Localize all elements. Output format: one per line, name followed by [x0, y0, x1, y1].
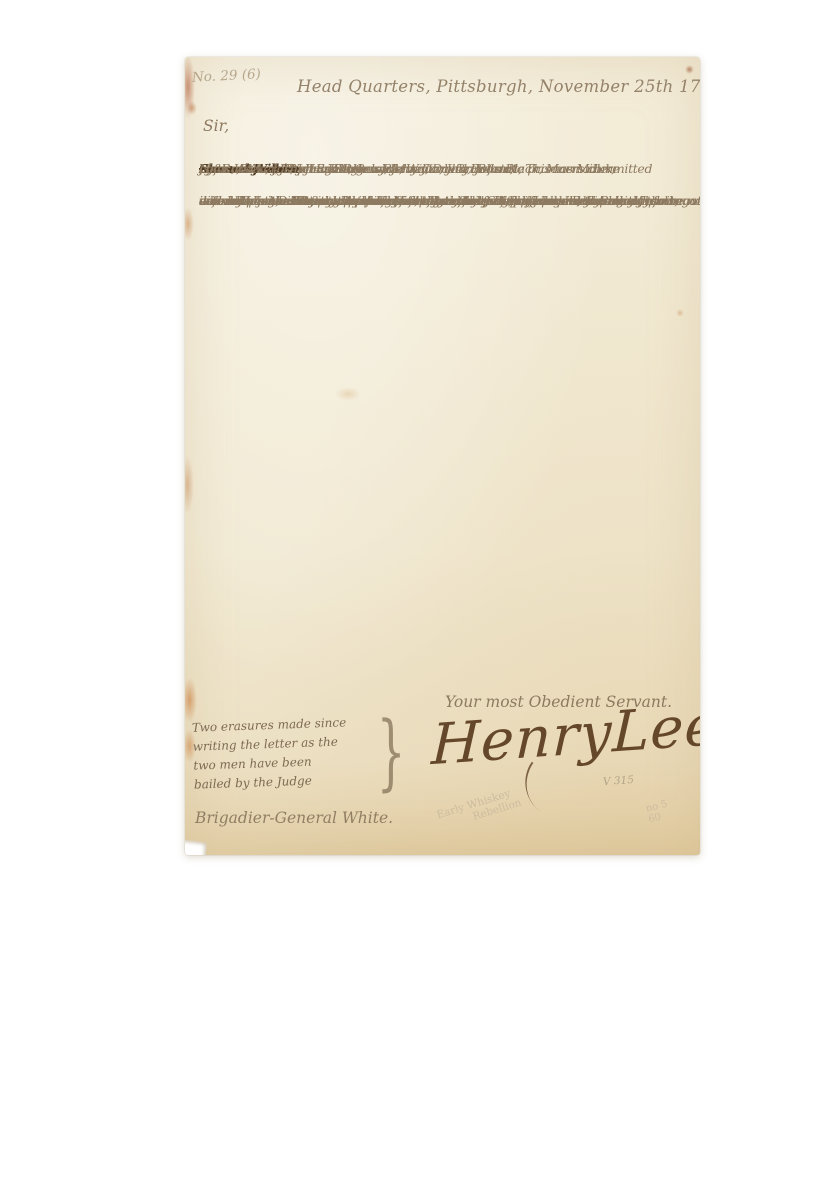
foxing-spot: [187, 101, 197, 115]
salutation: Sir,: [203, 117, 229, 135]
letter-text: Isaac Walker, Thomas Sedgewick, William …: [199, 155, 516, 183]
manuscript-letter-photo: No. 29 (6) Head Quarters, Pittsburgh, No…: [185, 57, 700, 855]
letter-body: You will take under your care the state …: [199, 155, 690, 187]
stain: [335, 387, 361, 401]
foxing-spot: [685, 65, 694, 74]
docket-number: No. 29 (6): [192, 66, 262, 86]
foxing-spot: [185, 677, 197, 723]
torn-corner-chip: [185, 839, 207, 855]
marginal-note: Two erasures made since writing the lett…: [192, 713, 349, 794]
foxing-spot: [185, 207, 194, 241]
letter-text: consider me with very respectful attachm…: [199, 187, 473, 215]
foxing-spot: [676, 309, 684, 317]
address-line: Brigadier-General White.: [195, 809, 393, 827]
marginal-note-brace: }: [377, 705, 406, 800]
foxing-spot: [185, 57, 195, 119]
foxing-spot: [185, 455, 194, 515]
dateline: Head Quarters, Pittsburgh, November 25th…: [297, 77, 700, 96]
catalog-number-pencil: V 315: [603, 774, 635, 788]
